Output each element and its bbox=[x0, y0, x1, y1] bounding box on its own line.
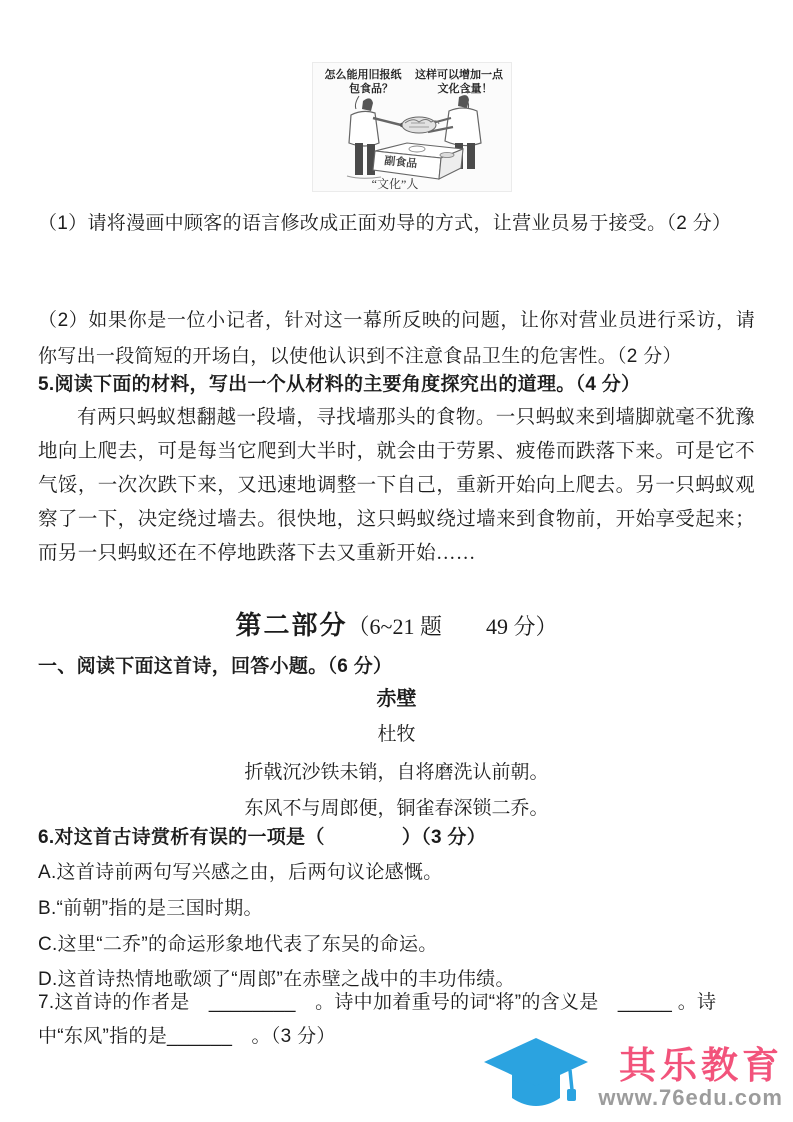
logo-website-url: www.76edu.com bbox=[598, 1086, 783, 1110]
comic-speech-left-line2: 包食品？ bbox=[349, 81, 393, 95]
part2-title-range: （6~21 题 49 分） bbox=[348, 614, 558, 639]
comic-drawing: 怎么能用旧报纸 包食品？ 这样可以增加一点 文化含量！ bbox=[313, 63, 511, 191]
section-1-intro: 一、阅读下面这首诗，回答小题。（6 分） bbox=[38, 651, 755, 683]
comic-speech-right-line1: 这样可以增加一点 bbox=[415, 67, 504, 81]
question-5-material: 有两只蚂蚁想翻越一段墙，寻找墙那头的食物。一只蚂蚁来到墙脚就毫不犹豫地向上爬去，… bbox=[38, 401, 755, 571]
comic-food-box: 副食品 bbox=[373, 143, 463, 179]
logo-brand-name: 其乐教育 bbox=[619, 1046, 783, 1086]
part2-heading: 第二部分（6~21 题 49 分） bbox=[38, 605, 755, 642]
test-paper-page: 怎么能用旧报纸 包食品？ 这样可以增加一点 文化含量！ bbox=[0, 0, 793, 1122]
question-7-line1: 7.这首诗的作者是 ________ 。诗中加着重号的词“将”的含义是 ____… bbox=[38, 986, 755, 1020]
question-6-stem: 6.对这首古诗赏析有误的一项是（ ）（3 分） bbox=[38, 822, 755, 854]
logo-text-block: 其乐教育 www.76edu.com bbox=[598, 1046, 783, 1110]
speech-pointer-left bbox=[355, 96, 359, 109]
poem-title: 赤壁 bbox=[38, 684, 755, 714]
site-logo: 其乐教育 www.76edu.com bbox=[482, 1036, 783, 1120]
question-4-sub1: （1）请将漫画中顾客的语言修改成正面劝导的方式，让营业员易于接受。（2 分） bbox=[38, 208, 755, 240]
question-6-option-b: B.“前朝”指的是三国时期。 bbox=[38, 893, 755, 925]
question-4-sub2: （2）如果你是一位小记者，针对这一幕所反映的问题，让你对营业员进行采访，请你写出… bbox=[38, 303, 755, 375]
comic-caption: “文化”人 bbox=[372, 177, 419, 191]
question-6-option-a: A.这首诗前两句写兴感之由，后两句议论感慨。 bbox=[38, 857, 755, 889]
question-5-stem: 5.阅读下面的材料，写出一个从材料的主要角度探究出的道理。（4 分） bbox=[38, 369, 755, 401]
comic-speech-left-line1: 怎么能用旧报纸 bbox=[325, 67, 403, 81]
comic-illustration: 怎么能用旧报纸 包食品？ 这样可以增加一点 文化含量！ bbox=[312, 62, 512, 192]
graduation-cap-icon bbox=[482, 1036, 590, 1120]
poem-author: 杜牧 bbox=[38, 720, 755, 750]
question-6-option-c: C.这里“二乔”的命运形象地代表了东吴的命运。 bbox=[38, 929, 755, 961]
poem-line-1: 折戟沉沙铁未销，自将磨洗认前朝。 bbox=[38, 758, 755, 788]
part2-title: 第二部分 bbox=[236, 611, 348, 640]
poem-line-2: 东风不与周郎便，铜雀春深锁二乔。 bbox=[38, 794, 755, 824]
